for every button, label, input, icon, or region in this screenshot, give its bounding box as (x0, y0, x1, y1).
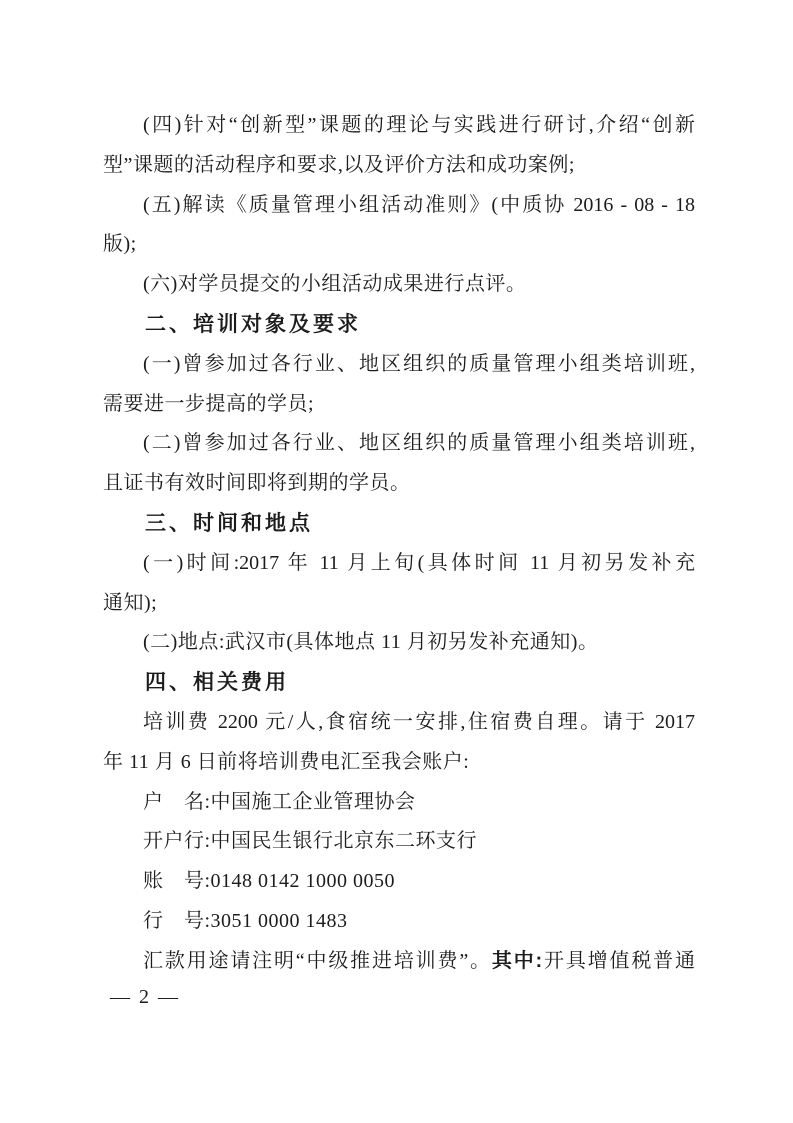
remittance-note-line: 汇款用途请注明“中级推进培训费”。其中:开具增值税普通 (103, 942, 695, 982)
paragraph-time-line1: (一)时间:2017 年 11 月上旬(具体时间 11 月初另发补充 (103, 544, 695, 584)
paragraph-target2-line2: 且证书有效时间即将到期的学员。 (103, 464, 695, 504)
section-heading-3-time-place: 三、时间和地点 (103, 504, 695, 544)
paragraph-target2-line1: (二)曾参加过各行业、地区组织的质量管理小组类培训班, (103, 424, 695, 464)
bank-account-name: 户 名:中国施工企业管理协会 (103, 783, 695, 823)
paragraph-item4-line1: (四)针对“创新型”课题的理论与实践进行研讨,介绍“创新 (103, 106, 695, 146)
page-number: — 2 — (110, 986, 180, 1009)
remittance-note-continuation: 开具增值税普通 (542, 950, 695, 972)
paragraph-fee-line1: 培训费 2200 元/人,食宿统一安排,住宿费自理。请于 2017 (103, 703, 695, 743)
bank-routing-number: 行 号:3051 0000 1483 (103, 902, 695, 942)
paragraph-target1-line2: 需要进一步提高的学员; (103, 385, 695, 425)
paragraph-item6: (六)对学员提交的小组活动成果进行点评。 (103, 265, 695, 305)
bank-account-number: 账 号:0148 0142 1000 0050 (103, 862, 695, 902)
paragraph-fee-line2: 年 11 月 6 日前将培训费电汇至我会账户: (103, 743, 695, 783)
document-page: (四)针对“创新型”课题的理论与实践进行研讨,介绍“创新 型”课题的活动程序和要… (0, 0, 793, 1123)
section-heading-2-training-targets: 二、培训对象及要求 (103, 305, 695, 345)
paragraph-place: (二)地点:武汉市(具体地点 11 月初另发补充通知)。 (103, 623, 695, 663)
section-heading-4-fees: 四、相关费用 (103, 663, 695, 703)
paragraph-item5-line2: 版); (103, 225, 695, 265)
bank-branch: 开户行:中国民生银行北京东二环支行 (103, 822, 695, 862)
remittance-note-text: 汇款用途请注明“中级推进培训费”。 (143, 950, 492, 972)
paragraph-item4-line2: 型”课题的活动程序和要求,以及评价方法和成功案例; (103, 146, 695, 186)
remittance-note-emphasis: 其中: (492, 950, 542, 972)
paragraph-target1-line1: (一)曾参加过各行业、地区组织的质量管理小组类培训班, (103, 345, 695, 385)
paragraph-item5-line1: (五)解读《质量管理小组活动准则》(中质协 2016 - 08 - 18 (103, 186, 695, 226)
document-body: (四)针对“创新型”课题的理论与实践进行研讨,介绍“创新 型”课题的活动程序和要… (103, 106, 695, 982)
paragraph-time-line2: 通知); (103, 584, 695, 624)
